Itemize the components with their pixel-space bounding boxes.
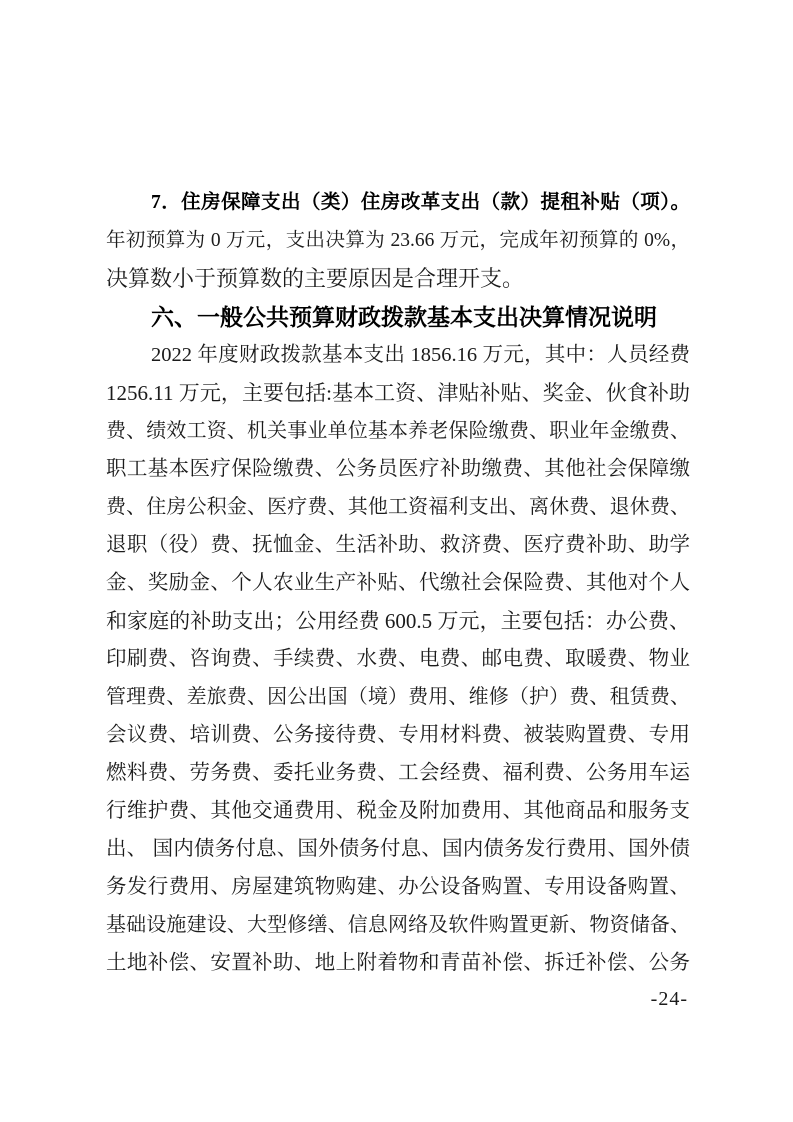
document-page: 7．住房保障支出（类）住房改革支出（款）提租补贴（项）。年初预算为 0 万元，支…: [0, 0, 793, 1122]
text-line: 燃料费、劳务费、委托业务费、工会经费、福利费、公务用车运: [106, 754, 690, 792]
text-line: 出、 国内债务付息、国外债务付息、国内债务发行费用、国外债: [106, 830, 690, 868]
text-line: 费、住房公积金、医疗费、其他工资福利支出、离休费、退休费、: [106, 488, 690, 526]
text-line: 土地补偿、安置补助、地上附着物和青苗补偿、拆迁补偿、公务: [106, 944, 690, 982]
section-6-heading-line: 六、一般公共预算财政拨款基本支出决算情况说明: [106, 298, 690, 336]
text-line: 退职（役）费、抚恤金、生活补助、救济费、医疗费补助、助学: [106, 526, 690, 564]
text-line: 行维护费、其他交通费用、税金及附加费用、其他商品和服务支: [106, 792, 690, 830]
text-line: 会议费、培训费、公务接待费、专用材料费、被装购置费、专用: [106, 716, 690, 754]
page-number: -24-: [651, 988, 688, 1011]
text-line: 年初预算为 0 万元，支出决算为 23.66 万元，完成年初预算的 0%，: [106, 222, 690, 260]
text-line: 决算数小于预算数的主要原因是合理开支。: [106, 260, 690, 298]
text-line: 和家庭的补助支出；公用经费 600.5 万元，主要包括：办公费、: [106, 602, 690, 640]
text-line: 管理费、差旅费、因公出国（境）费用、维修（护）费、租赁费、: [106, 678, 690, 716]
text-line: 2022 年度财政拨款基本支出 1856.16 万元，其中：人员经费: [106, 336, 690, 374]
text-line: 务发行费用、房屋建筑物购建、办公设备购置、专用设备购置、: [106, 868, 690, 906]
text-line: 职工基本医疗保险缴费、公务员医疗补助缴费、其他社会保障缴: [106, 450, 690, 488]
text-line: 金、奖励金、个人农业生产补贴、代缴社会保险费、其他对个人: [106, 564, 690, 602]
text-line: 1256.11 万元，主要包括:基本工资、津贴补贴、奖金、伙食补助: [106, 374, 690, 412]
item-7-heading-line: 7．住房保障支出（类）住房改革支出（款）提租补贴（项）。: [106, 184, 690, 222]
text-line: 费、绩效工资、机关事业单位基本养老保险缴费、职业年金缴费、: [106, 412, 690, 450]
text-line: 印刷费、咨询费、手续费、水费、电费、邮电费、取暖费、物业: [106, 640, 690, 678]
text-line: 基础设施建设、大型修缮、信息网络及软件购置更新、物资储备、: [106, 906, 690, 944]
document-lines: 7．住房保障支出（类）住房改革支出（款）提租补贴（项）。年初预算为 0 万元，支…: [106, 184, 690, 982]
